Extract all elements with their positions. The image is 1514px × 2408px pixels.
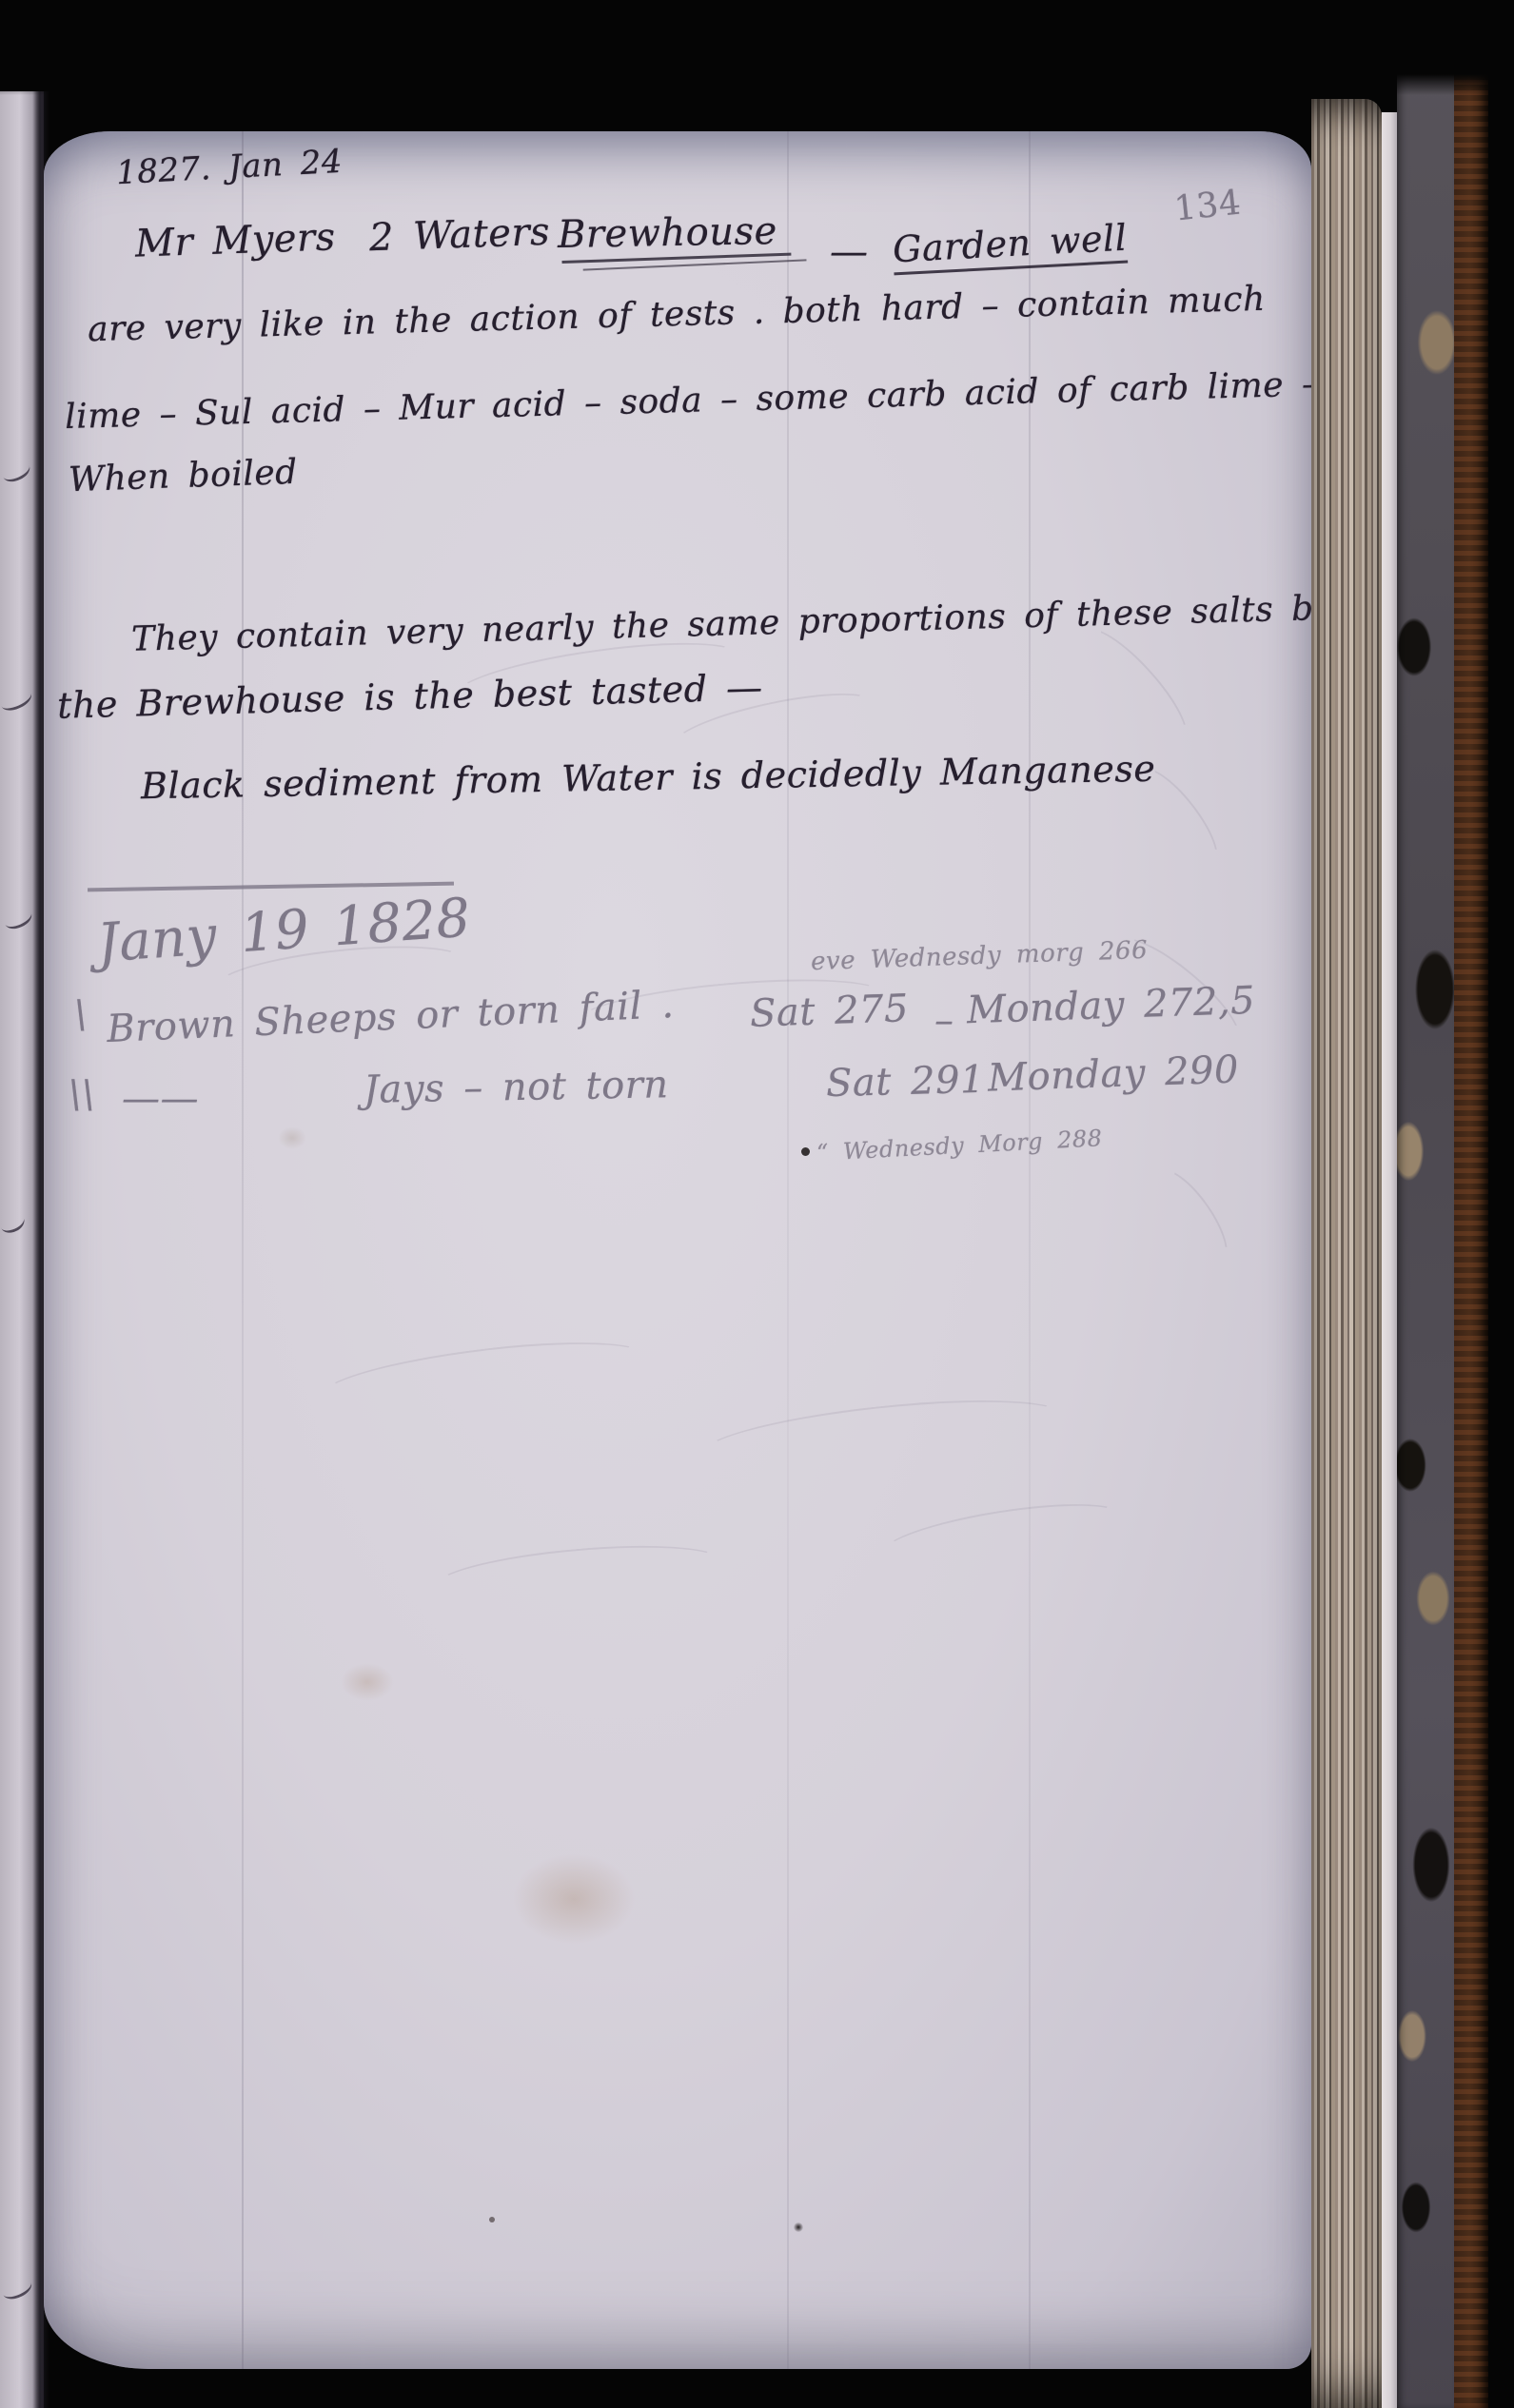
body-line: Black sediment from Water is decidedly M… xyxy=(141,748,1156,808)
body-line: the Brewhouse is the best tasted — xyxy=(57,666,764,726)
bleedthrough-mark xyxy=(1146,1161,1239,1271)
leather-spine-edge xyxy=(1454,49,1488,2408)
pencil-row2-mark: \\ xyxy=(69,1073,95,1117)
title-sample-garden-well: Garden well xyxy=(892,217,1128,271)
pencil-eve-note: eve Wednesdy morg 266 xyxy=(811,936,1149,976)
ink-speck xyxy=(801,1147,810,1156)
pencil-overline xyxy=(88,882,454,892)
pencil-row2-saturday: Sat 291 xyxy=(825,1058,985,1106)
bleedthrough-mark xyxy=(1071,617,1200,754)
facing-page-ink-fragment xyxy=(0,458,33,486)
title-waters: 2 Waters xyxy=(368,210,551,261)
pencil-row2-blank: —— xyxy=(122,1077,199,1121)
title-sample-brewhouse: Brewhouse xyxy=(558,209,778,257)
pencil-row1-dash: – xyxy=(934,999,954,1043)
backdrop-top-band xyxy=(0,0,1514,95)
pencil-row1-text: Brown Sheeps or torn fail . xyxy=(106,983,675,1051)
underlined-word: Garden well xyxy=(892,217,1129,276)
pencil-row2-monday: Monday 290 xyxy=(987,1047,1239,1100)
paper-stain xyxy=(341,1663,394,1701)
pencil-footnote: “ Wednesdy Morg 288 xyxy=(816,1125,1103,1166)
facing-page-ink-fragment xyxy=(0,1210,28,1237)
pencil-row1-mark: \ xyxy=(74,993,88,1037)
title-separator: — xyxy=(830,230,869,274)
underlined-word: Brewhouse xyxy=(558,209,778,261)
fore-edge-strip xyxy=(1382,112,1397,2408)
body-line: lime – Sul acid – Mur acid – soda – some… xyxy=(65,363,1311,437)
folio-number: 134 xyxy=(1172,183,1243,228)
page-crease-line xyxy=(787,131,789,2369)
paper-stain xyxy=(278,1126,306,1149)
title-name: Mr Myers xyxy=(134,215,336,265)
facing-page-ink-fragment xyxy=(0,2274,34,2302)
bleedthrough-mark xyxy=(698,1387,1068,1482)
bleedthrough-mark xyxy=(432,1537,724,1611)
ink-speck xyxy=(794,2222,803,2232)
manuscript-page: 1827. Jan 24 134 Mr Myers 2 Waters Brewh… xyxy=(44,131,1311,2369)
pencil-row2-text: Jays – not torn xyxy=(364,1063,669,1112)
bleedthrough-mark xyxy=(318,1329,649,1422)
page-stack-edge xyxy=(1311,99,1382,2408)
body-line: are very like in the action of tests . b… xyxy=(88,280,1267,349)
marbled-board xyxy=(1397,57,1454,2408)
paper-stain xyxy=(512,1853,636,1945)
pencil-row1-saturday: Sat 275 xyxy=(749,987,909,1036)
facing-page-ink-fragment xyxy=(0,685,34,715)
body-line: When boiled xyxy=(68,453,298,499)
facing-page-ink-fragment xyxy=(1,905,34,933)
ink-speck xyxy=(489,2217,495,2222)
date-heading: 1827. Jan 24 xyxy=(115,143,344,192)
page-crease-line xyxy=(1029,131,1031,2369)
bleedthrough-mark xyxy=(879,1492,1125,1575)
